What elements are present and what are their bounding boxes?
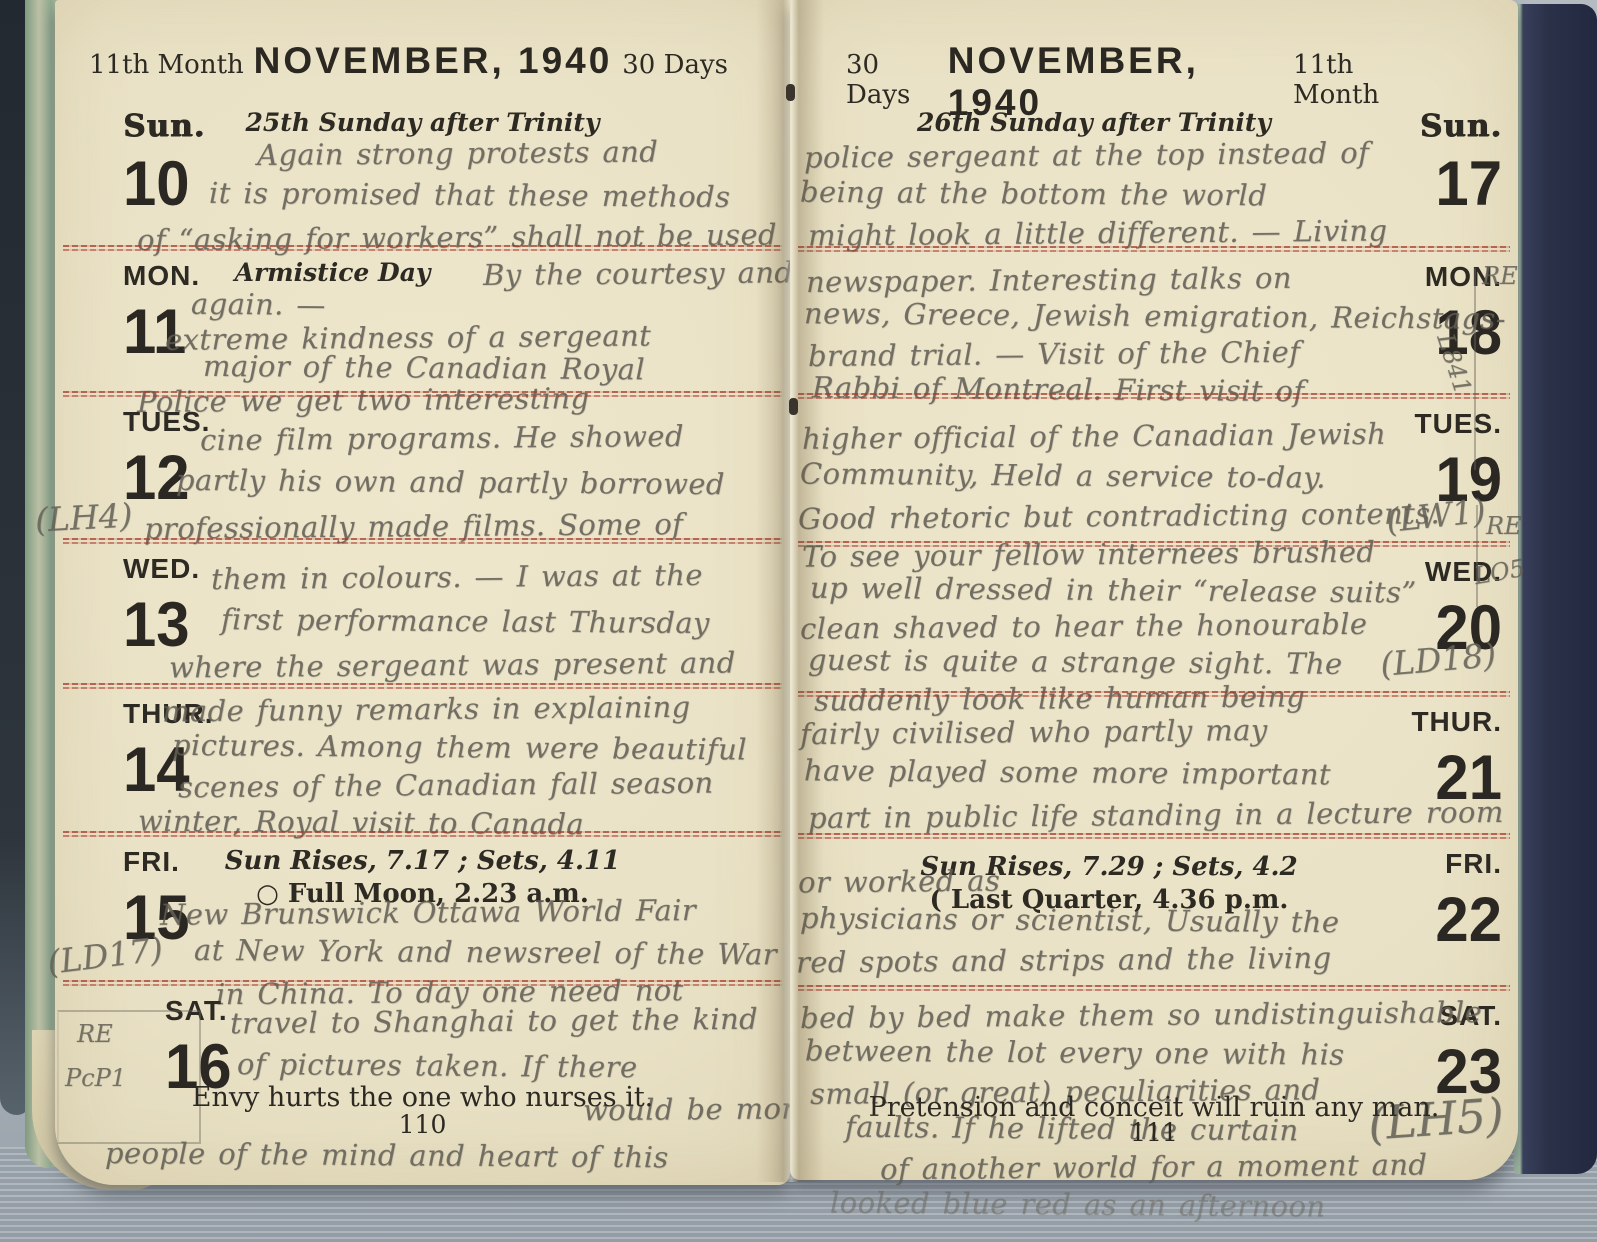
handwriting-line: brand trial. — Visit of the Chief [806,332,1506,375]
day-row-thur-21: THUR. 21 fairly civilised who partly may… [790,698,1518,840]
handwriting-block: them in colours. — I was at the first pe… [165,555,736,687]
handwriting-line: fairly civilised who partly may [800,707,1504,755]
red-rule [798,691,1510,698]
handwriting-line: higher official of the Canadian Jewish [802,413,1440,459]
left-page: 11th Month NOVEMBER, 1940 30 Days Sun. 1… [55,0,790,1185]
handwriting-line: guest is quite a strange sight. The [802,642,1417,683]
handwriting-line: or worked as [798,858,1340,903]
handwriting-block: higher official of the Canadian Jewish C… [802,416,1440,536]
binding-stitch [789,398,798,415]
handwriting-line: looked blue red as an afternoon [800,1183,1482,1226]
handwriting-line: police sergeant at the top instead of [804,133,1388,177]
handwriting-line: cine film programs. He showed [170,414,725,463]
margin-note-re: RE [77,1020,113,1048]
red-rule [798,985,1510,992]
day-row-wed-13: WED. 13 them in colours. — I was at the … [55,545,790,690]
handwriting-line: part in public life standing in a lectur… [800,791,1504,839]
handwriting-line: made funny remarks in explaining [130,687,747,730]
handwriting-line: between the lot every one with his [800,1031,1482,1074]
handwriting-line: clean shaved to hear the honourable [802,605,1417,646]
handwriting-line: partly his own and partly borrowed [170,458,725,506]
handwriting-line: up well dressed in their “release suits” [802,570,1417,611]
handwriting-line: it is promised that these methods [195,172,777,219]
page-title: NOVEMBER, 1940 [254,40,613,82]
handwriting-line: have played some more important [800,749,1504,797]
day-row-sun-10: Sun. 10 25th Sunday after Trinity Again … [55,100,790,252]
proverb: Envy hurts the one who nurses it. [55,1082,790,1113]
handwriting-block: cine film programs. He showed partly his… [170,416,725,548]
edge-note-re: RE [1486,512,1522,540]
page-number: 110 [55,1110,790,1139]
handwriting-line: physicians or scientist, Usually the [798,898,1340,942]
handwriting-line: New Brunswick Ottawa World Fair [160,889,777,934]
diary-scan: 11th Month NOVEMBER, 1940 30 Days Sun. 1… [0,0,1597,1242]
handwriting-line: of another world for a moment and [800,1145,1482,1189]
handwriting-line: news, Greece, Jewish emigration, Reichst… [806,295,1506,337]
handwriting-line: red spots and strips and the living [798,938,1340,983]
handwriting-line: pictures. Among them were beautiful [130,726,747,769]
book-right-cover [1514,4,1597,1174]
edge-bracket [1474,268,1476,470]
red-rule [63,538,782,545]
binding-stitch [786,84,795,101]
handwriting-block: made funny remarks in explaining picture… [130,690,747,842]
handwriting-block: or worked as physicians or scientist, Us… [798,860,1339,980]
red-rule [63,245,782,252]
handwriting-line: Good rhetoric but contradicting contents… [802,493,1440,539]
handwriting-line: To see your fellow internees brushed [802,533,1417,574]
red-rule [798,833,1510,840]
handwriting-line: Again strong protests and [195,129,777,176]
edge-bracket [1476,505,1478,607]
page-number: 111 [790,1118,1518,1147]
handwriting-line: Community, Held a service to-day. [802,453,1440,498]
day-row-sun-17: Sun. 17 26th Sunday after Trinity police… [790,100,1518,253]
handwriting-line: scenes of the Canadian fall season [130,763,747,806]
red-rule [63,391,782,398]
edge-note-re-top: RE [1482,262,1518,290]
margin-note-lh4: (LH4) [34,495,133,539]
sun-rises-sets-line: Sun Rises, 7.17 ; Sets, 4.11 [55,846,790,876]
handwriting-line: first performance last Thursday [165,597,736,645]
handwriting-block: To see your fellow internees brushed up … [802,536,1417,716]
day-row-sat-23: SAT. 23 bed by bed make them so undistin… [790,992,1518,1180]
right-page: 30 Days NOVEMBER, 1940 11th Month Sun. 1… [790,0,1518,1180]
handwriting-block: fairly civilised who partly may have pla… [800,710,1504,836]
day-row-fri-22: FRI. 22 Sun Rises, 7.29 ; Sets, 4.2 ( La… [790,840,1518,992]
red-rule [63,980,782,987]
handwriting-line: newspaper. Interesting talks on [806,258,1506,301]
day-row-tues-12: TUES. 12 cine film programs. He showed p… [55,398,790,545]
handwriting-line: at New York and newsreel of the War [160,930,777,975]
day-row-fri-15: FRI. 15 Sun Rises, 7.17 ; Sets, 4.11 ○ F… [55,838,790,987]
handwriting-line: bed by bed make them so undistinguishabl… [800,993,1482,1037]
day-row-thur-14: THUR. 14 made funny remarks in explainin… [55,690,790,838]
days-count-label: 30 Days [622,50,728,80]
red-rule [798,246,1510,253]
printed-note: 26th Sunday after Trinity [790,108,1518,137]
red-rule [798,393,1510,400]
handwriting-line: being at the bottom the world [804,173,1388,217]
month-ordinal-label: 11th Month [89,50,244,80]
handwriting-line: travel to Shanghai to get the kind [175,996,814,1047]
handwriting-block: newspaper. Interesting talks on news, Gr… [806,261,1506,409]
handwriting-block: Again strong protests and it is promised… [195,132,777,258]
handwriting-line: them in colours. — I was at the [165,553,736,602]
red-rule [63,831,782,838]
left-page-header: 11th Month NOVEMBER, 1940 30 Days [55,40,790,82]
day-row-mon-18: MON. 18 newspaper. Interesting talks on … [790,253,1518,400]
day-row-mon-11: MON. 11 Armistice Day By the courtesy an… [55,252,790,398]
handwriting-block: police sergeant at the top instead of be… [804,136,1387,253]
